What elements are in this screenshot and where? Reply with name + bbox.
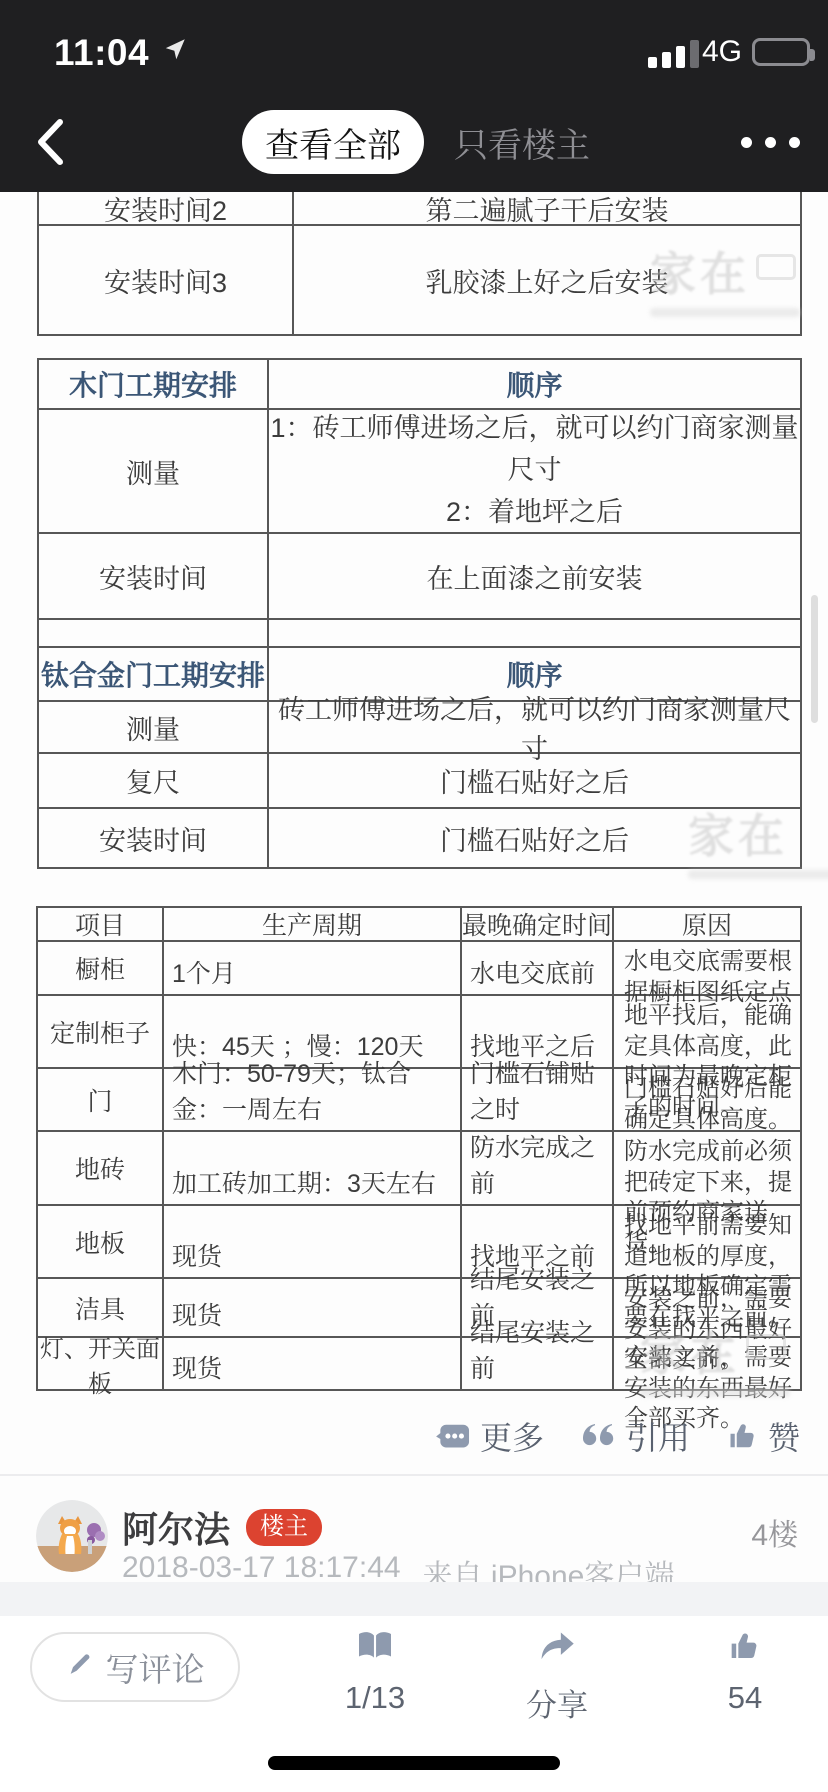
cell: 原因 (612, 908, 800, 940)
quote-label: 引用 (626, 1413, 690, 1459)
cell: 第二遍腻子干后安装 (292, 192, 800, 224)
write-comment-label: 写评论 (106, 1644, 205, 1691)
cell: 防水完成之前 (460, 1132, 612, 1204)
cell: 安装时间 (39, 809, 267, 867)
cell: 安装时间2 (39, 192, 292, 224)
table-row: 安装时间 门槛石贴好之后 (39, 807, 800, 867)
floor-label: 4楼 (751, 1510, 798, 1554)
cell: 项目 (38, 908, 162, 940)
pages-label: 1/13 (345, 1680, 405, 1716)
cell: 安装时间 (39, 534, 267, 618)
status-time: 11:04 (54, 32, 149, 74)
cell: 门槛石贴好之后 (267, 809, 800, 867)
cell: 门 (38, 1069, 162, 1130)
table-row: 安装时间 在上面漆之前安装 (39, 532, 800, 618)
cell: 顺序 (267, 360, 800, 408)
share-arrow-icon (539, 1630, 575, 1670)
cell: 生产周期 (162, 908, 460, 940)
more-label: 更多 (480, 1413, 544, 1459)
comment-bubble-icon (436, 1423, 470, 1450)
cell: 加工砖加工期：3天左右 (162, 1132, 460, 1204)
cell: 乳胶漆上好之后安装 (292, 226, 800, 334)
network-label: 4G (702, 35, 742, 69)
pages-button[interactable]: 1/13 (315, 1630, 435, 1716)
share-label: 分享 (526, 1680, 588, 1725)
quote-icon (582, 1423, 616, 1449)
install-table-partial: 安装时间2 第二遍腻子干后安装 安装时间3 乳胶漆上好之后安装 (37, 192, 802, 336)
cell: 橱柜 (38, 942, 162, 994)
door-schedule-table: 木门工期安排 顺序 测量 1：砖工师傅进场之后，就可以约门商家测量尺寸 2：着地… (37, 358, 802, 869)
username[interactable]: 阿尔法 (122, 1502, 230, 1553)
like-label: 赞 (768, 1413, 800, 1459)
cell: 灯、开关面板 (38, 1338, 162, 1389)
table-row: 测量 砖工师傅进场之后，就可以约门商家测量尺寸 (39, 700, 800, 752)
thumbs-up-icon (729, 1630, 761, 1670)
thumbs-up-icon (728, 1421, 758, 1451)
cell: 地平找后，能确定具体高度，此时间为最晚定柜子的时间。 (612, 996, 800, 1067)
cell: 防水完成前必须把砖定下来，提前预约商家送货。 (612, 1132, 800, 1204)
location-icon (162, 36, 188, 67)
cell: 1：砖工师傅进场之后，就可以约门商家测量尺寸 2：着地坪之后 (267, 410, 800, 532)
nav-bar: 查看全部 只看楼主 (0, 104, 828, 184)
cell: 最晚确定时间 (460, 908, 612, 940)
table-row: 地砖 加工砖加工期：3天左右 防水完成之前 防水完成前必须把砖定下来，提前预约商… (38, 1130, 800, 1204)
cell: 测量 (39, 702, 267, 752)
cell: 安装时间3 (39, 226, 292, 334)
cell: 门槛石贴好之后 (267, 754, 800, 807)
table-row: 橱柜 1个月 水电交底前 水电交底需要根据橱柜图纸定点 (38, 940, 800, 994)
cell: 找地平前需要知道地板的厚度，所以地板确定需要在找平之前。 (612, 1206, 800, 1277)
top-bar: 11:04 4G 查看全部 只看楼主 (0, 0, 828, 192)
tab-view-all-label: 查看全部 (265, 118, 401, 167)
cell: 安装之前，需要安装的东西最好全部买齐。 (612, 1279, 800, 1336)
chevron-left-icon (35, 117, 65, 172)
quote-button[interactable]: 引用 (582, 1413, 690, 1459)
tab-op-only[interactable]: 只看楼主 (444, 110, 600, 174)
cell: 1个月 (162, 942, 460, 994)
cell: 定制柜子 (38, 996, 162, 1067)
table-row: 安装时间2 第二遍腻子干后安装 (39, 192, 800, 224)
cell: 门槛石贴好后能确定具体高度。 (612, 1069, 800, 1130)
op-badge: 楼主 (246, 1509, 322, 1546)
like-button[interactable]: 赞 (728, 1413, 800, 1459)
cell: 现货 (162, 1279, 460, 1336)
table-row: 地板 现货 找地平之前 找地平前需要知道地板的厚度，所以地板确定需要在找平之前。 (38, 1204, 800, 1277)
cell: 洁具 (38, 1279, 162, 1336)
table-row: 灯、开关面板 现货 结尾安装之前 安装之前，需要安装的东西最好全部买齐。 (38, 1336, 800, 1389)
pencil-icon (66, 1648, 94, 1686)
table-row: 洁具 现货 结尾安装之前 安装之前，需要安装的东西最好全部买齐。 (38, 1277, 800, 1336)
cell: 现货 (162, 1206, 460, 1277)
background-strip (0, 1582, 828, 1616)
cell (267, 620, 800, 646)
book-icon (355, 1630, 395, 1670)
post-actions: 更多 引用 赞 (436, 1412, 800, 1460)
table-row: 测量 1：砖工师傅进场之后，就可以约门商家测量尺寸 2：着地坪之后 (39, 408, 800, 532)
cell: 现货 (162, 1338, 460, 1389)
signal-icon (648, 40, 699, 68)
back-button[interactable] (22, 116, 78, 172)
battery-icon (752, 38, 810, 66)
cell: 地板 (38, 1206, 162, 1277)
cell: 水电交底需要根据橱柜图纸定点 (612, 942, 800, 994)
tab-view-all[interactable]: 查看全部 (242, 110, 424, 174)
cell: 测量 (39, 410, 267, 532)
cell: 结尾安装之前 (460, 1338, 612, 1389)
like-count-button[interactable]: 54 (685, 1630, 805, 1716)
purchase-table: 项目 生产周期 最晚确定时间 原因 橱柜 1个月 水电交底前 水电交底需要根据橱… (36, 906, 802, 1391)
table-row: 木门工期安排 顺序 (39, 360, 800, 408)
cell: 安装之前，需要安装的东西最好全部买齐。 (612, 1338, 800, 1389)
table-header-row: 项目 生产周期 最晚确定时间 原因 (38, 908, 800, 940)
scrollbar-thumb[interactable] (811, 595, 818, 723)
cell: 砖工师傅进场之后，就可以约门商家测量尺寸 (267, 702, 800, 752)
share-button[interactable]: 分享 (497, 1630, 617, 1725)
more-button[interactable]: 更多 (436, 1413, 544, 1459)
cell (39, 620, 267, 646)
status-bar: 11:04 4G (0, 30, 828, 74)
cell: 木门工期安排 (39, 360, 267, 408)
cell: 在上面漆之前安装 (267, 534, 800, 618)
screen: 11:04 4G 查看全部 只看楼主 (0, 0, 828, 1792)
home-indicator[interactable] (268, 1756, 560, 1770)
table-row: 门 木门：50-79天；钛合金：一周左右 门槛石铺贴之时 门槛石贴好后能确定具体… (38, 1067, 800, 1130)
table-row (39, 618, 800, 646)
cell: 复尺 (39, 754, 267, 807)
section-divider (0, 1474, 828, 1476)
avatar[interactable] (36, 1500, 108, 1572)
table-row: 复尺 门槛石贴好之后 (39, 752, 800, 807)
cell: 钛合金门工期安排 (39, 648, 267, 700)
cell: 门槛石铺贴之时 (460, 1069, 612, 1130)
table-row: 安装时间3 乳胶漆上好之后安装 (39, 224, 800, 334)
write-comment-button[interactable]: 写评论 (30, 1632, 240, 1702)
like-count-label: 54 (728, 1680, 762, 1716)
cell: 地砖 (38, 1132, 162, 1204)
cell: 水电交底前 (460, 942, 612, 994)
cell: 木门：50-79天；钛合金：一周左右 (162, 1069, 460, 1130)
tab-op-only-label: 只看楼主 (454, 118, 590, 167)
more-menu-button[interactable] (741, 128, 800, 156)
